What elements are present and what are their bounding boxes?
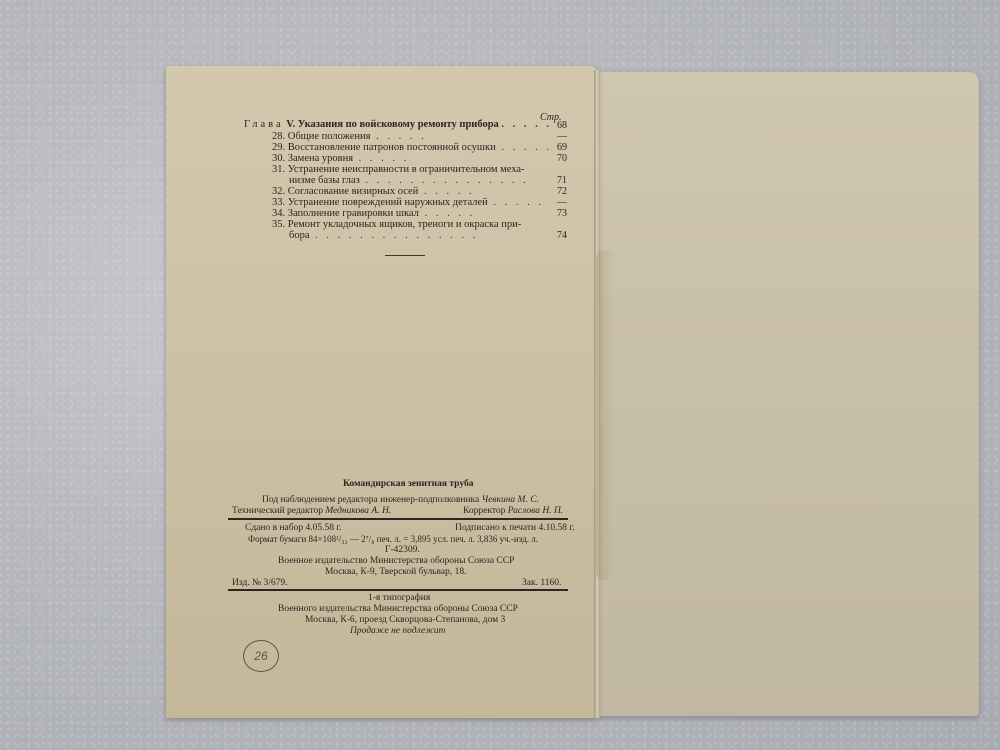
toc-item-continuation: бора . . . . . . . . . . . . . . . — [289, 230, 478, 242]
corrector-line: Корректор Раслова Н. П. — [463, 505, 563, 517]
divider — [385, 255, 425, 256]
chapter-page: 68 — [557, 120, 567, 131]
toc-item-page: — — [557, 131, 567, 142]
edition-number: Изд. № 3/679. — [232, 577, 287, 589]
toc-item-page: 73 — [557, 208, 567, 219]
toc-item-page: 71 — [557, 175, 567, 186]
toc-item-page: 70 — [557, 153, 567, 164]
water-stain — [596, 250, 614, 580]
order-number: Зак. 1160. — [522, 577, 561, 589]
not-for-sale: Продаже не подлежит — [350, 625, 445, 637]
rule-bottom — [228, 589, 568, 591]
chapter-prefix: Глава — [244, 119, 284, 130]
toc-item-page: 69 — [557, 142, 567, 153]
right-page-blank — [597, 72, 979, 716]
chapter-title: V. Указания по войсковому ремонту прибор… — [286, 119, 499, 130]
publisher-address: Москва, К-9, Тверской бульвар, 18. — [325, 566, 466, 578]
inventory-stamp: 26 — [243, 640, 279, 672]
tech-editor-line: Технический редактор Медникова А. Н. — [232, 505, 391, 517]
toc-item-page: — — [557, 197, 567, 208]
toc-chapter-heading: Глава V. Указания по войсковому ремонту … — [244, 119, 552, 131]
book-title: Командирская зенитная труба — [343, 478, 473, 490]
rule-top — [228, 518, 568, 520]
toc-item-page: 74 — [557, 230, 567, 241]
toc-item-page: 72 — [557, 186, 567, 197]
